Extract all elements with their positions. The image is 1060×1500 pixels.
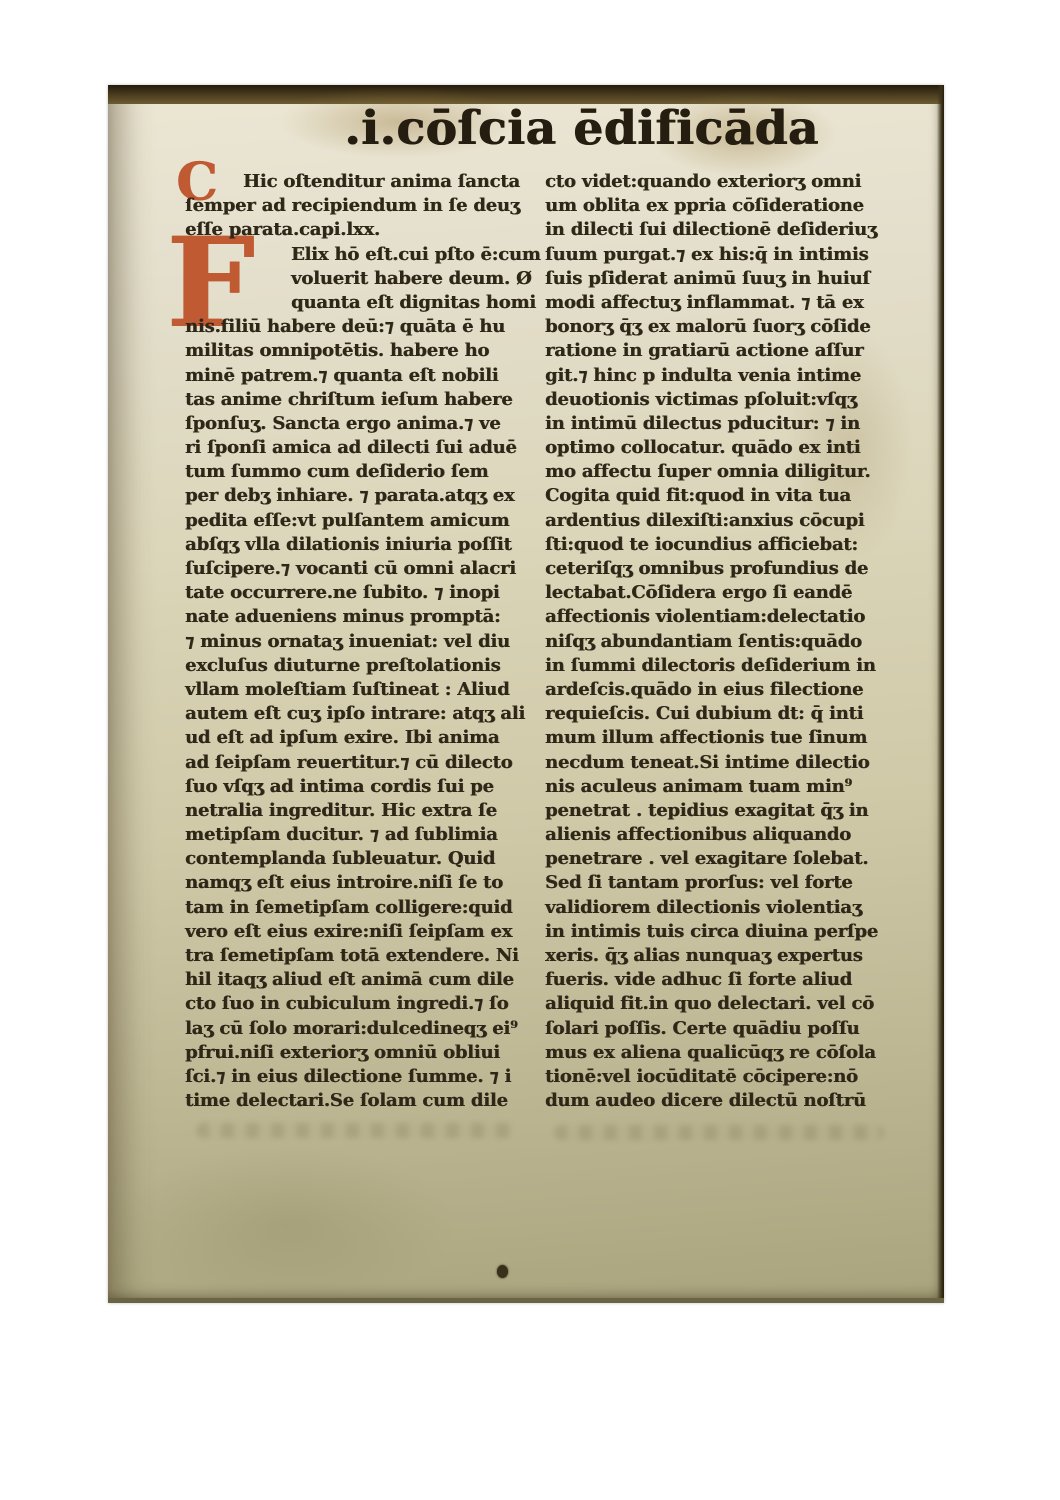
text-line: ſponſuʒ. Sancta ergo anima.⁊ ve — [185, 412, 547, 436]
text-line: bonorʒ q̄ʒ ex malorū ſuorʒ cōſide — [545, 315, 917, 339]
text-line: Elix hō eſt.cui pſto ē:cum — [185, 243, 547, 267]
text-line: ſci.⁊ in eius dilectione ſumme. ⁊ i — [185, 1065, 547, 1089]
text-line: vero eſt eius exire:niſi ſeipſam ex — [185, 920, 547, 944]
text-line: ud eſt ad ipſum exire. Ibi anima — [185, 726, 547, 750]
text-line: Cogita quid fit:quod in vita tua — [545, 484, 917, 508]
text-line: modi affectuʒ inflammat. ⁊ tā ex — [545, 291, 917, 315]
text-line: ſuum purgat.⁊ ex his:q̄ in intimis — [545, 243, 917, 267]
text-line: tas anime chriſtum ieſum habere — [185, 388, 547, 412]
text-line: penetrare . vel exagitare ſolebat. — [545, 847, 917, 871]
showthrough-text-right — [554, 1125, 884, 1140]
text-line: hil itaqʒ aliud eſt animā cum dile — [185, 968, 547, 992]
text-line: alienis affectionibus aliquando — [545, 823, 917, 847]
text-line: tate occurrere.ne ſubito. ⁊ inopi — [185, 581, 547, 605]
text-line: Hic oſtenditur anima ſancta — [185, 170, 547, 194]
text-line: tam in ſemetipſam colligere:quid — [185, 896, 547, 920]
text-line: in ſummi dilectoris deſiderium in — [545, 654, 917, 678]
text-line: ri ſponſi amica ad dilecti ſui aduē — [185, 436, 547, 460]
text-line: requieſcis. Cui dubium dt: q̄ inti — [545, 702, 917, 726]
text-line: cto videt:quando exteriorʒ omni — [545, 170, 917, 194]
text-line: ceteriſqʒ omnibus profundius de — [545, 557, 917, 581]
page-bottom-edge — [108, 1298, 944, 1303]
text-line: ſuis pſiderat animū ſuuʒ in huiuſ — [545, 267, 917, 291]
text-line: optimo collocatur. quādo ex inti — [545, 436, 917, 460]
text-line: penetrat . tepidius exagitat q̄ʒ in — [545, 799, 917, 823]
text-line: autem eſt cuʒ ipſo intrare: atqʒ ali — [185, 702, 547, 726]
text-line: ratione in gratiarū actione aſſur — [545, 339, 917, 363]
text-line: vllam moleſtiam ſuſtineat : Aliud — [185, 678, 547, 702]
text-line: necdum teneat.Si intime dilectio — [545, 751, 917, 775]
text-line: git.⁊ hinc p indulta venia intime — [545, 364, 917, 388]
text-line: mo affectu ſuper omnia diligitur. — [545, 460, 917, 484]
text-line: ſti:quod te iocundius afficiebat: — [545, 533, 917, 557]
text-line: per debʒ inhiare. ⁊ parata.atqʒ ex — [185, 484, 547, 508]
text-line: fueris. vide adhuc ſi forte aliud — [545, 968, 917, 992]
text-line: nate adueniens minus promptā: — [185, 605, 547, 629]
text-line: metipſam ducitur. ⁊ ad ſublimia — [185, 823, 547, 847]
text-line: tum ſummo cum deſiderio ſem — [185, 460, 547, 484]
paper-stain — [118, 1145, 458, 1305]
text-line: niſqʒ abundantiam ſentis:quādo — [545, 630, 917, 654]
text-column-right: cto videt:quando exteriorʒ omnium oblita… — [545, 170, 917, 1113]
showthrough-text-left — [196, 1123, 514, 1138]
text-line: namqʒ eſt eius introire.niſi ſe to — [185, 871, 547, 895]
text-line: minē patrem.⁊ quanta eſt nobili — [185, 364, 547, 388]
text-line: lectabat.Cōſidera ergo ſi eandē — [545, 581, 917, 605]
running-title: .i.cōſcia ēdificāda — [344, 101, 819, 156]
text-line: um oblita ex ppria cōſideratione — [545, 194, 917, 218]
ink-spot — [497, 1265, 508, 1278]
text-column-left: Hic oſtenditur anima ſanctaſemper ad rec… — [185, 170, 547, 1113]
text-line: in dilecti ſui dilectionē deſideriuʒ — [545, 218, 917, 242]
text-line: contemplanda ſubleuatur. Quid — [185, 847, 547, 871]
text-line: militas omnipotētis. habere ho — [185, 339, 547, 363]
text-line: nis.filiū habere deū:⁊ quāta ē hu — [185, 315, 547, 339]
text-line: ardeſcis.quādo in eius filectione — [545, 678, 917, 702]
text-line: ⁊ minus ornataʒ inueniat: vel diu — [185, 630, 547, 654]
book-page-photo: .i.cōſcia ēdificāda C F Hic oſtenditur a… — [108, 85, 944, 1303]
text-line: voluerit habere deum. Ø — [185, 267, 547, 291]
text-line: xeris. q̄ʒ alias nunquaʒ expertus — [545, 944, 917, 968]
text-line: pfrui.niſi exteriorʒ omniū obliui — [185, 1041, 547, 1065]
text-line: ad ſeipſam reuertitur.⁊ cū dilecto — [185, 751, 547, 775]
text-line: aliquid fit.in quo delectari. vel cō — [545, 992, 917, 1016]
text-line: quanta eſt dignitas homi — [185, 291, 547, 315]
text-line: affectionis violentiam:delectatio — [545, 605, 917, 629]
text-line: ſuo vſqʒ ad intima cordis ſui pe — [185, 775, 547, 799]
text-line: time delectari.Se ſolam cum dile — [185, 1089, 547, 1113]
text-line: dum audeo dicere dilectū noſtrū — [545, 1089, 917, 1113]
text-line: in intimis tuis circa diuina perſpe — [545, 920, 917, 944]
text-line: abſqʒ vlla dilationis iniuria poſſit — [185, 533, 547, 557]
text-line: ſuſcipere.⁊ vocanti cū omni alacri — [185, 557, 547, 581]
text-line: pedita eſſe:vt pulſantem amicum — [185, 509, 547, 533]
text-line: ſemper ad recipiendum in ſe deuʒ — [185, 194, 547, 218]
text-line: in intimū dilectus pducitur: ⁊ in — [545, 412, 917, 436]
text-line: tionē:vel iocūditatē cōcipere:nō — [545, 1065, 917, 1089]
text-line: ardentius dilexiſti:anxius cōcupi — [545, 509, 917, 533]
text-line: cto ſuo in cubiculum ingredi.⁊ ſo — [185, 992, 547, 1016]
text-line: Sed ſi tantam prorſus: vel forte — [545, 871, 917, 895]
page-right-edge — [937, 85, 944, 1303]
text-line: excluſus diuturne preſtolationis — [185, 654, 547, 678]
text-line: nis aculeus animam tuam min⁹ — [545, 775, 917, 799]
text-line: laʒ cū ſolo morari:dulcedineqʒ ei⁹ — [185, 1017, 547, 1041]
text-line: validiorem dilectionis violentiaʒ — [545, 896, 917, 920]
text-line: tra ſemetipſam totā extendere. Ni — [185, 944, 547, 968]
text-line: mus ex aliena qualicūqʒ re cōſola — [545, 1041, 917, 1065]
text-line: deuotionis victimas pſoluit:vſqʒ — [545, 388, 917, 412]
text-line: mum illum affectionis tue ſinum — [545, 726, 917, 750]
text-line: netralia ingreditur. Hic extra ſe — [185, 799, 547, 823]
text-line: ſolari poſſis. Certe quādiu poſſu — [545, 1017, 917, 1041]
text-line: eſſe parata.capi.lxx. — [185, 218, 547, 242]
